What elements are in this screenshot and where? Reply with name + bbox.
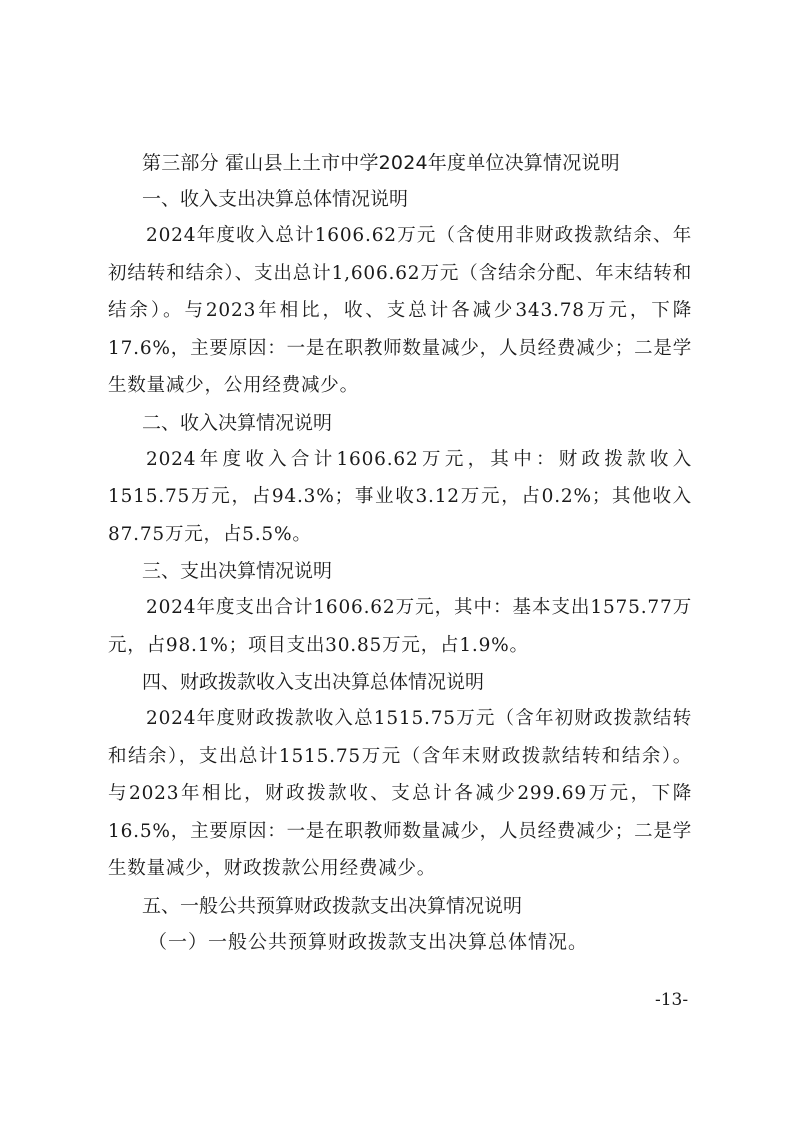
section-heading-3: 三、支出决算情况说明 [142, 553, 692, 589]
section-paragraph-2: 2024年度收入合计1606.62万元，其中：财政拨款收入1515.75万元，占… [108, 441, 692, 554]
section-heading-5: 五、一般公共预算财政拨款支出决算情况说明 [142, 888, 692, 924]
section-heading-4: 四、财政拨款收入支出决算总体情况说明 [142, 664, 692, 700]
document-title: 第三部分 霍山县上土市中学2024年度单位决算情况说明 [142, 145, 692, 181]
section-paragraph-3: 2024年度支出合计1606.62万元，其中：基本支出1575.77万元，占98… [108, 589, 692, 664]
document-page: 第三部分 霍山县上土市中学2024年度单位决算情况说明 一、收入支出决算总体情况… [108, 145, 692, 960]
section-heading-2: 二、收入决算情况说明 [142, 405, 692, 441]
page-number: -13- [655, 990, 688, 1010]
section-heading-1: 一、收入支出决算总体情况说明 [142, 181, 692, 217]
section-paragraph-1: 2024年度收入总计1606.62万元（含使用非财政拨款结余、年初结转和结余）、… [108, 217, 692, 405]
section-paragraph-4: 2024年度财政拨款收入总1515.75万元（含年初财政拨款结转和结余），支出总… [108, 700, 692, 888]
section-subheading-5-1: （一）一般公共预算财政拨款支出决算总体情况。 [148, 924, 692, 960]
